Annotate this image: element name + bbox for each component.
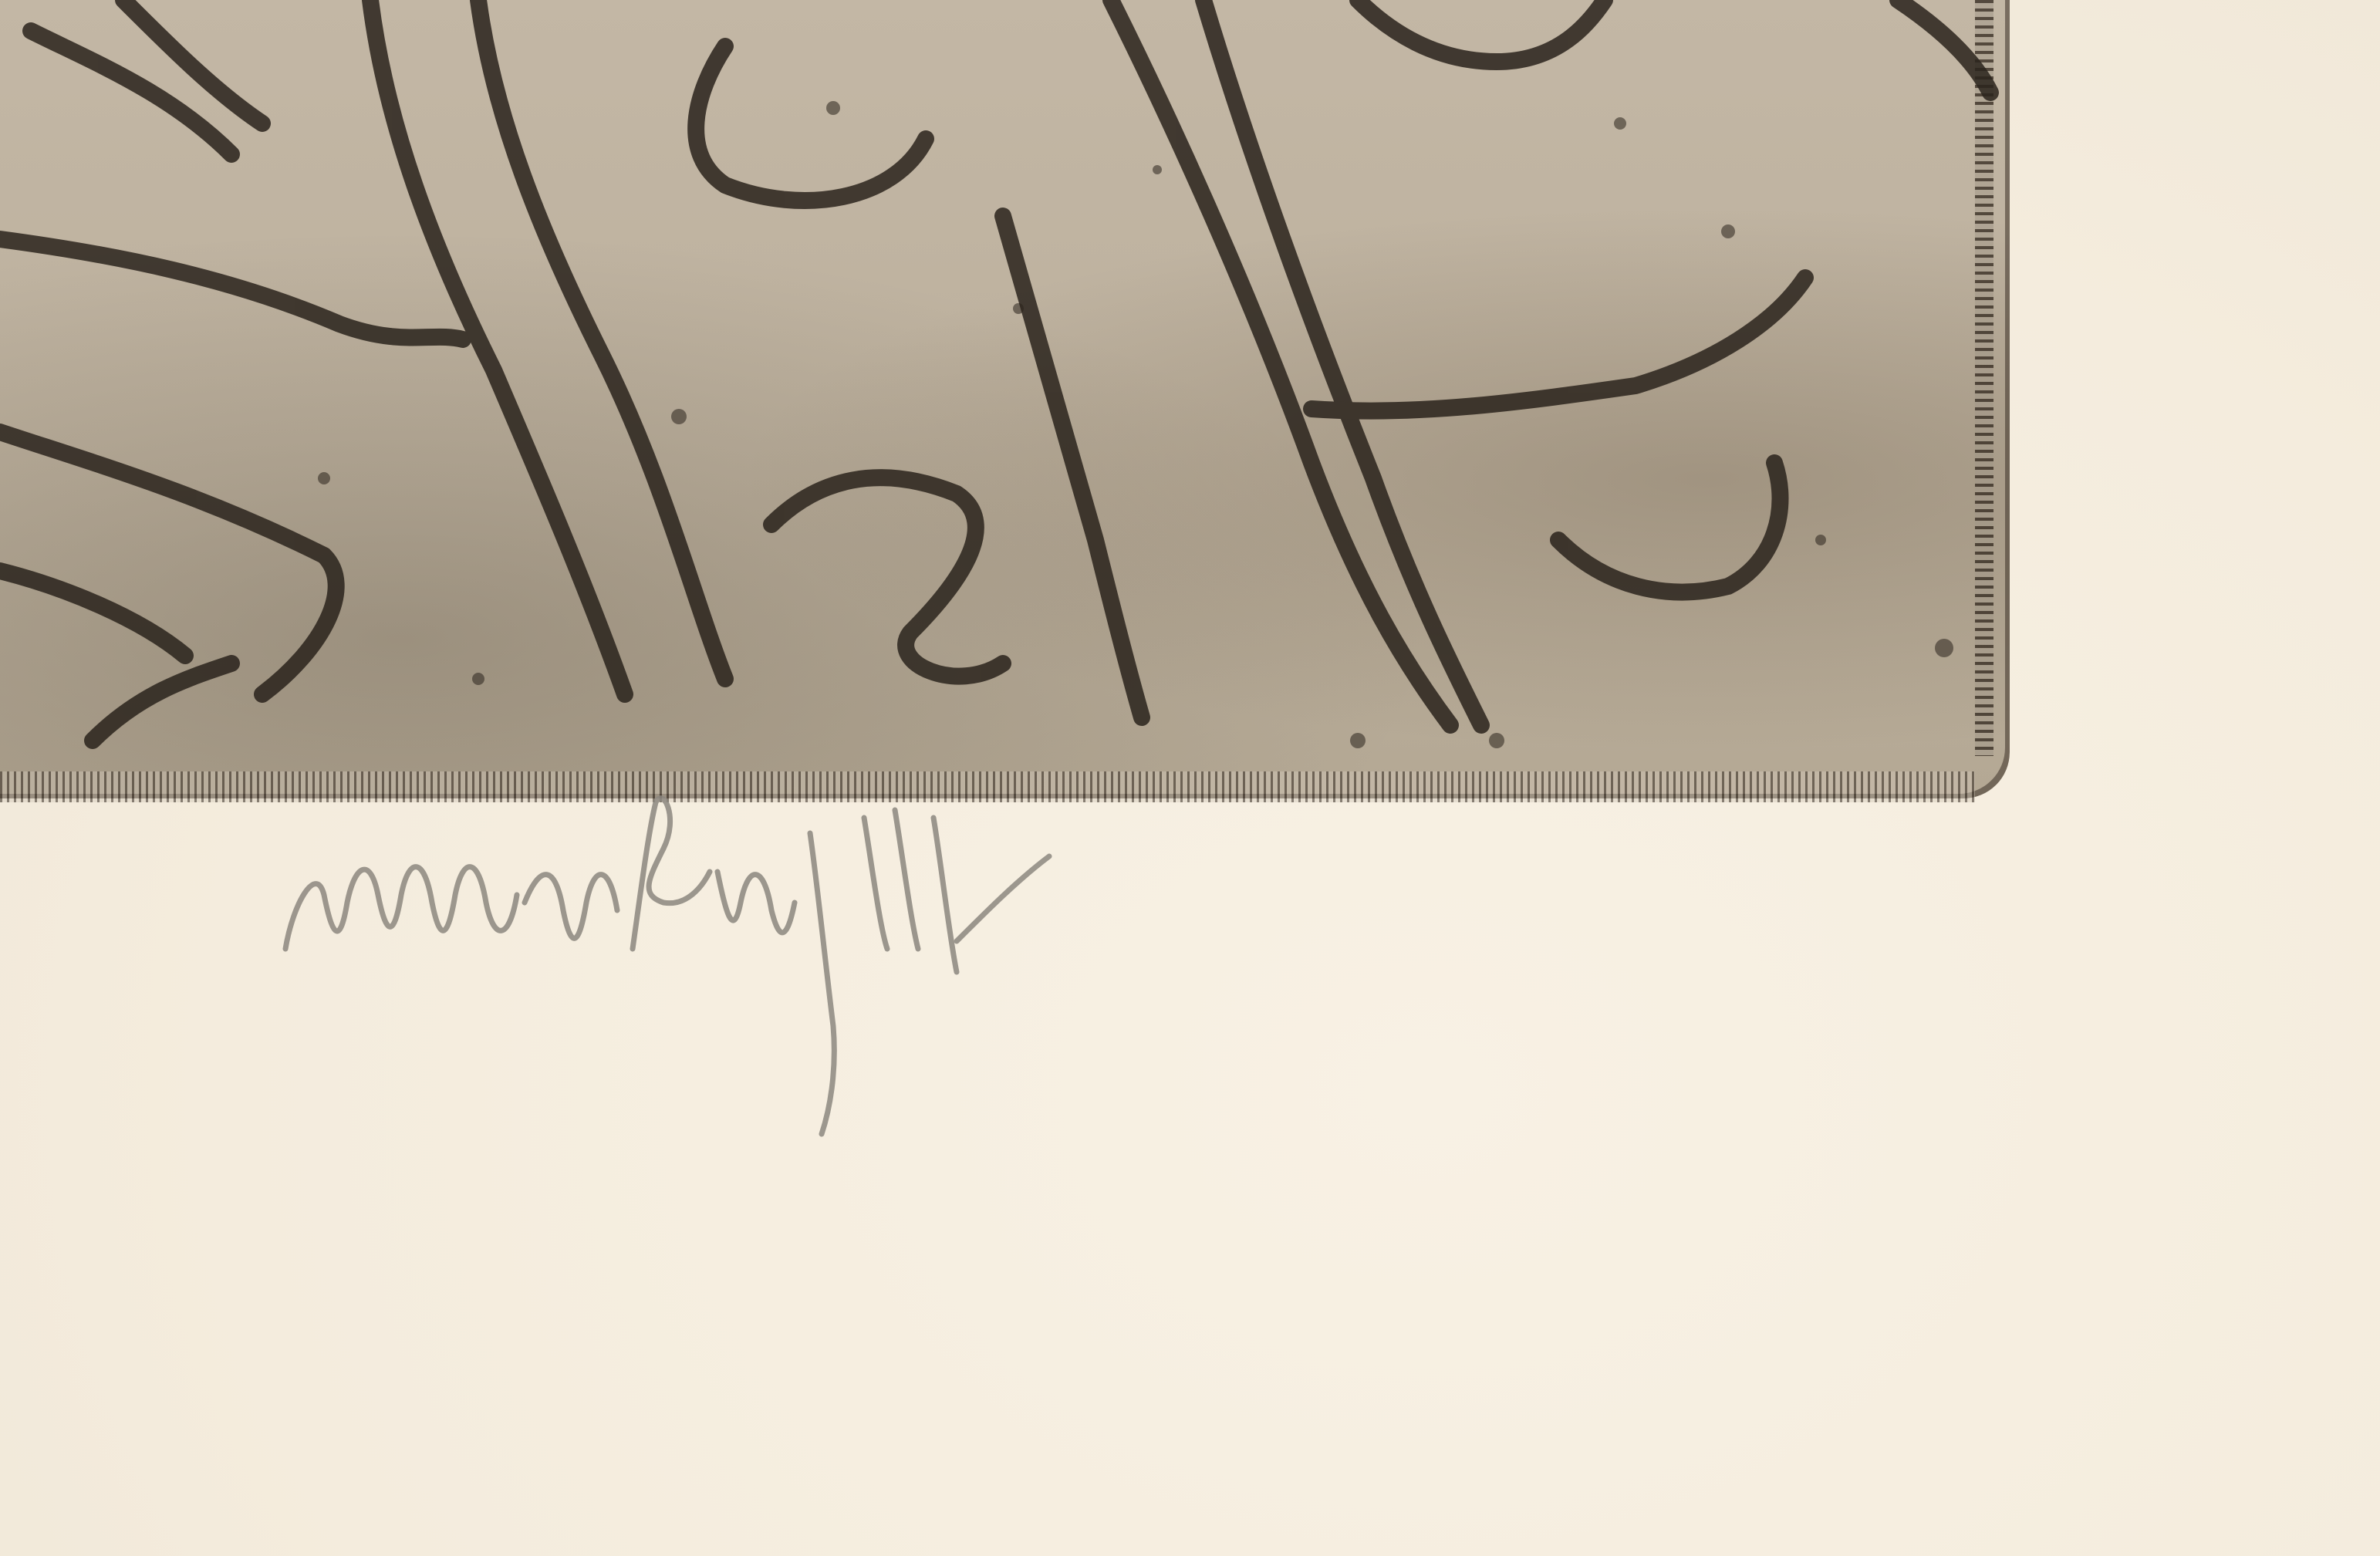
pencil-signature [278, 771, 2206, 1157]
artwork-photo [0, 0, 2380, 1556]
etched-lines [0, 0, 2021, 802]
